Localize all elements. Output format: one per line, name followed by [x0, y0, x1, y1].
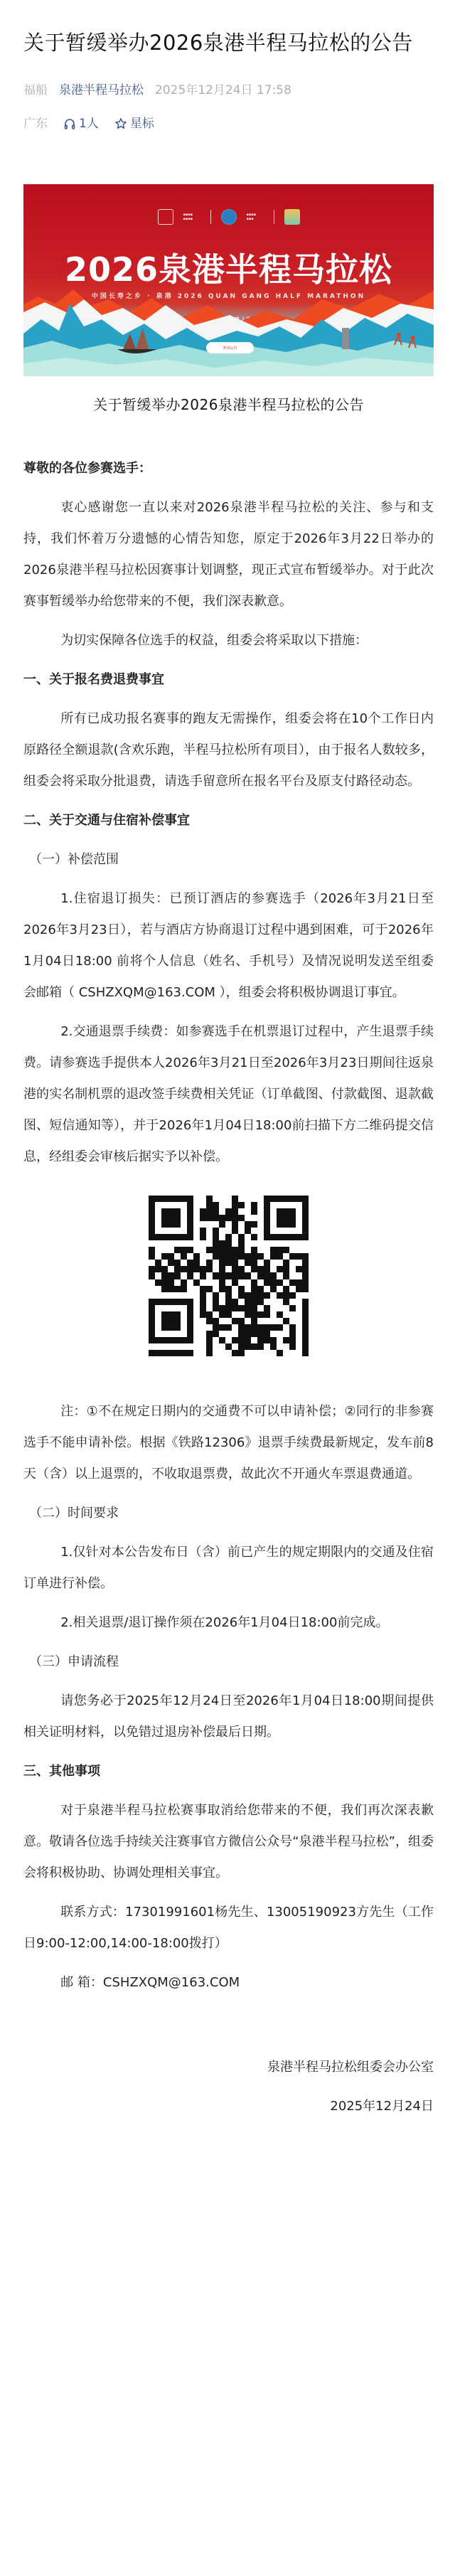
qr-module — [213, 1234, 219, 1240]
qr-module — [225, 1305, 232, 1311]
qr-module — [283, 1272, 289, 1279]
qr-module — [174, 1337, 181, 1343]
qr-module — [181, 1343, 187, 1350]
qr-module — [161, 1279, 168, 1286]
qr-module — [289, 1234, 296, 1240]
qr-module — [232, 1247, 238, 1253]
qr-module — [257, 1253, 264, 1260]
qr-module — [251, 1221, 257, 1228]
logo-caption: ▪▪▪▪ ▪▪▪▪ — [183, 213, 200, 221]
qr-module — [238, 1305, 245, 1311]
qr-module — [155, 1240, 161, 1247]
qr-module — [296, 1208, 302, 1215]
qr-module — [187, 1260, 193, 1266]
qr-module — [193, 1343, 200, 1350]
qr-module — [283, 1266, 289, 1272]
qr-module — [161, 1228, 168, 1234]
qr-module — [213, 1311, 219, 1318]
qr-module — [264, 1292, 270, 1299]
qr-module — [251, 1240, 257, 1247]
qr-module — [206, 1272, 213, 1279]
qr-module — [270, 1324, 277, 1331]
qr-module — [232, 1324, 238, 1331]
qr-module — [174, 1208, 181, 1215]
qr-module — [283, 1350, 289, 1356]
qr-module — [219, 1247, 225, 1253]
star-button[interactable]: 星标 — [114, 115, 154, 132]
qr-module — [200, 1279, 206, 1286]
qr-code-image[interactable] — [149, 1196, 309, 1356]
qr-module — [161, 1215, 168, 1221]
qr-module — [283, 1299, 289, 1305]
qr-module — [200, 1260, 206, 1266]
qr-module — [251, 1324, 257, 1331]
qr-module — [302, 1228, 309, 1234]
note-paragraph: 注：①不在规定日期内的交通费不可以申请补偿；②同行的非参赛选手不能申请补偿。根据… — [23, 1396, 434, 1490]
qr-module — [245, 1337, 251, 1343]
qr-module — [187, 1202, 193, 1208]
qr-module — [213, 1228, 219, 1234]
qr-module — [302, 1350, 309, 1356]
qr-module — [302, 1286, 309, 1292]
qr-module — [219, 1337, 225, 1343]
qr-module — [257, 1260, 264, 1266]
qr-module — [245, 1247, 251, 1253]
qr-module — [245, 1208, 251, 1215]
qr-module — [283, 1196, 289, 1202]
qr-module — [296, 1350, 302, 1356]
qr-module — [257, 1337, 264, 1343]
qr-module — [149, 1215, 155, 1221]
qr-module — [225, 1202, 232, 1208]
qr-module — [174, 1318, 181, 1324]
qr-module — [193, 1260, 200, 1266]
qr-module — [270, 1215, 277, 1221]
qr-module — [238, 1350, 245, 1356]
qr-module — [161, 1286, 168, 1292]
qr-module — [206, 1292, 213, 1299]
qr-module — [245, 1343, 251, 1350]
qr-module — [200, 1311, 206, 1318]
qr-module — [161, 1299, 168, 1305]
qr-module — [206, 1234, 213, 1240]
qr-module — [174, 1272, 181, 1279]
qr-module — [174, 1221, 181, 1228]
qr-module — [264, 1299, 270, 1305]
qr-module — [302, 1343, 309, 1350]
qr-module — [168, 1228, 174, 1234]
qr-module — [200, 1221, 206, 1228]
qr-module — [193, 1202, 200, 1208]
qr-module — [225, 1279, 232, 1286]
meta-row-source: 福船 泉港半程马拉松 2025年12月24日 17:58 — [23, 73, 434, 107]
paragraph-intro: 衷心感谢您一直以来对2026泉港半程马拉松的关注、参与和支持，我们怀着万分遗憾的… — [23, 492, 434, 617]
qr-module — [200, 1272, 206, 1279]
qr-module — [245, 1311, 251, 1318]
qr-module — [238, 1247, 245, 1253]
qr-module — [238, 1266, 245, 1272]
qr-module — [213, 1318, 219, 1324]
salutation: 尊敬的各位参赛选手： — [23, 453, 434, 484]
qr-module — [155, 1260, 161, 1266]
qr-module — [155, 1272, 161, 1279]
qr-module — [181, 1318, 187, 1324]
qr-module — [193, 1234, 200, 1240]
qr-module — [277, 1272, 283, 1279]
qr-module — [296, 1272, 302, 1279]
qr-module — [193, 1337, 200, 1343]
qr-module — [187, 1305, 193, 1311]
qr-module — [219, 1343, 225, 1350]
qr-module — [283, 1311, 289, 1318]
qr-module — [264, 1266, 270, 1272]
qr-module — [238, 1253, 245, 1260]
qr-module — [149, 1318, 155, 1324]
qr-module — [187, 1253, 193, 1260]
qr-module — [264, 1221, 270, 1228]
qr-module — [168, 1234, 174, 1240]
qr-module — [251, 1260, 257, 1266]
qr-module — [174, 1215, 181, 1221]
qr-module — [302, 1318, 309, 1324]
qr-module — [206, 1266, 213, 1272]
qr-module — [264, 1202, 270, 1208]
qr-module — [264, 1350, 270, 1356]
account-name-link[interactable]: 泉港半程马拉松 — [59, 82, 144, 99]
qr-module — [232, 1286, 238, 1292]
qr-module — [206, 1299, 213, 1305]
qr-module — [200, 1240, 206, 1247]
qr-module — [149, 1331, 155, 1337]
paragraph-measures: 为切实保障各位选手的权益，组委会将采取以下措施： — [23, 625, 434, 656]
qr-module — [296, 1324, 302, 1331]
qr-module — [277, 1337, 283, 1343]
qr-module — [257, 1318, 264, 1324]
qr-module — [283, 1337, 289, 1343]
qr-module — [264, 1337, 270, 1343]
qr-module — [264, 1196, 270, 1202]
subsection-3-body: 请您务必于2025年12月24日至2026年1月04日18:00期间提供相关证明… — [23, 1686, 434, 1748]
star-label: 星标 — [130, 115, 154, 132]
qr-module — [270, 1311, 277, 1318]
qr-module — [155, 1311, 161, 1318]
qr-module — [213, 1266, 219, 1272]
qr-module — [225, 1234, 232, 1240]
qr-module — [270, 1305, 277, 1311]
qr-module — [238, 1202, 245, 1208]
qr-module — [245, 1324, 251, 1331]
qr-module — [277, 1343, 283, 1350]
qr-module — [232, 1208, 238, 1215]
qr-module — [270, 1260, 277, 1266]
qr-module — [264, 1331, 270, 1337]
qr-module — [270, 1337, 277, 1343]
qr-module — [283, 1202, 289, 1208]
qr-module — [161, 1292, 168, 1299]
qr-module — [193, 1318, 200, 1324]
qr-module — [219, 1228, 225, 1234]
qr-module — [213, 1299, 219, 1305]
listen-button[interactable]: 1人 — [63, 115, 99, 132]
qr-module — [168, 1221, 174, 1228]
qr-module — [181, 1221, 187, 1228]
qr-module — [277, 1292, 283, 1299]
qr-module — [155, 1228, 161, 1234]
qr-module — [245, 1272, 251, 1279]
qr-module — [181, 1247, 187, 1253]
qr-module — [289, 1279, 296, 1286]
qr-module — [187, 1324, 193, 1331]
qr-module — [225, 1324, 232, 1331]
qr-module — [251, 1299, 257, 1305]
subsection-1-item-2: 2.交通退票手续费：如参赛选手在机票退订过程中，产生退票手续费。请参赛选手提供本… — [23, 1016, 434, 1173]
qr-module — [181, 1299, 187, 1305]
qr-module — [187, 1240, 193, 1247]
qr-module — [270, 1234, 277, 1240]
qr-module — [149, 1247, 155, 1253]
qr-module — [193, 1292, 200, 1299]
qr-module — [193, 1228, 200, 1234]
subsection-2-title: （二）时间要求 — [23, 1498, 434, 1529]
signature-date: 2025年12月24日 — [23, 2091, 434, 2122]
source-label: 福船 — [23, 82, 48, 99]
qr-module — [181, 1196, 187, 1202]
qr-module — [200, 1350, 206, 1356]
qr-module — [270, 1286, 277, 1292]
qr-module — [302, 1292, 309, 1299]
quangang-logo-icon — [221, 209, 237, 225]
qr-module — [257, 1299, 264, 1305]
qr-module — [238, 1331, 245, 1337]
qr-module — [149, 1234, 155, 1240]
qr-module — [149, 1240, 155, 1247]
qr-module — [206, 1228, 213, 1234]
qr-module — [238, 1260, 245, 1266]
qr-module — [225, 1240, 232, 1247]
qr-module — [155, 1299, 161, 1305]
qr-module — [283, 1247, 289, 1253]
qr-module — [219, 1208, 225, 1215]
qr-module — [277, 1196, 283, 1202]
qr-module — [270, 1208, 277, 1215]
qr-module — [193, 1299, 200, 1305]
qr-module — [181, 1337, 187, 1343]
qr-module — [232, 1292, 238, 1299]
qr-module — [302, 1337, 309, 1343]
qr-module — [187, 1247, 193, 1253]
qr-module — [174, 1266, 181, 1272]
qr-module — [283, 1331, 289, 1337]
qr-module — [296, 1299, 302, 1305]
qr-module — [277, 1279, 283, 1286]
qr-module — [225, 1247, 232, 1253]
qr-module — [270, 1221, 277, 1228]
qr-module — [302, 1279, 309, 1286]
qr-module — [155, 1202, 161, 1208]
qr-module — [257, 1208, 264, 1215]
qr-module — [187, 1299, 193, 1305]
qr-module — [200, 1234, 206, 1240]
qr-module — [174, 1350, 181, 1356]
qr-module — [302, 1324, 309, 1331]
qr-module — [289, 1272, 296, 1279]
qr-module — [245, 1305, 251, 1311]
qr-module — [174, 1343, 181, 1350]
qr-module — [161, 1266, 168, 1272]
qr-module — [168, 1324, 174, 1331]
qr-module — [302, 1305, 309, 1311]
qr-module — [245, 1221, 251, 1228]
article-title: 关于暂缓举办2026泉港半程马拉松的公告 — [23, 0, 434, 63]
qr-module — [277, 1299, 283, 1305]
qr-module — [270, 1292, 277, 1299]
qr-module — [238, 1318, 245, 1324]
tower-logo-icon — [284, 209, 300, 225]
qr-module — [232, 1266, 238, 1272]
qr-module — [283, 1318, 289, 1324]
qr-module — [257, 1311, 264, 1318]
qr-module — [264, 1240, 270, 1247]
qr-module — [213, 1260, 219, 1266]
qr-module — [161, 1343, 168, 1350]
qr-module — [213, 1202, 219, 1208]
qr-module — [200, 1202, 206, 1208]
qr-module — [213, 1240, 219, 1247]
qr-module — [200, 1292, 206, 1299]
qr-module — [296, 1240, 302, 1247]
qr-module — [168, 1240, 174, 1247]
qr-module — [225, 1292, 232, 1299]
qr-module — [245, 1331, 251, 1337]
qr-module — [296, 1215, 302, 1221]
qr-module — [193, 1305, 200, 1311]
qr-module — [193, 1324, 200, 1331]
qr-module — [181, 1350, 187, 1356]
qr-module — [296, 1228, 302, 1234]
qr-module — [206, 1324, 213, 1331]
qr-module — [232, 1234, 238, 1240]
qr-module — [251, 1286, 257, 1292]
qr-module — [200, 1343, 206, 1350]
qr-module — [174, 1324, 181, 1331]
qr-module — [168, 1337, 174, 1343]
qr-module — [149, 1299, 155, 1305]
qr-module — [213, 1331, 219, 1337]
headphones-icon — [63, 117, 76, 130]
qr-module — [155, 1305, 161, 1311]
qr-module — [302, 1215, 309, 1221]
qr-module — [289, 1221, 296, 1228]
qr-module — [200, 1253, 206, 1260]
qr-module — [193, 1247, 200, 1253]
qr-module — [161, 1202, 168, 1208]
qr-module — [193, 1331, 200, 1337]
qr-module — [174, 1260, 181, 1266]
qr-module — [187, 1196, 193, 1202]
qr-module — [296, 1234, 302, 1240]
qr-module — [219, 1324, 225, 1331]
qr-module — [193, 1266, 200, 1272]
qr-module — [277, 1324, 283, 1331]
qr-module — [264, 1324, 270, 1331]
qr-module — [168, 1331, 174, 1337]
qr-module — [206, 1343, 213, 1350]
qr-module — [174, 1196, 181, 1202]
qr-module — [264, 1253, 270, 1260]
qr-module — [251, 1331, 257, 1337]
qr-module — [155, 1350, 161, 1356]
qr-module — [225, 1350, 232, 1356]
qr-module — [264, 1305, 270, 1311]
qr-module — [296, 1331, 302, 1337]
qr-module — [283, 1343, 289, 1350]
qr-module — [245, 1234, 251, 1240]
qr-module — [225, 1215, 232, 1221]
qr-module — [302, 1202, 309, 1208]
qr-module — [187, 1215, 193, 1221]
qr-module — [232, 1221, 238, 1228]
qr-module — [213, 1337, 219, 1343]
section-1-body: 所有已成功报名赛事的跑友无需操作，组委会将在10个工作日内原路径全额退款(含欢乐… — [23, 703, 434, 797]
qr-module — [296, 1292, 302, 1299]
qr-module — [296, 1343, 302, 1350]
qr-module — [219, 1253, 225, 1260]
qr-module — [187, 1221, 193, 1228]
qr-module — [168, 1343, 174, 1350]
qr-module — [245, 1292, 251, 1299]
qr-module — [200, 1324, 206, 1331]
qr-module — [187, 1266, 193, 1272]
qr-module — [264, 1208, 270, 1215]
qr-module — [219, 1318, 225, 1324]
publish-time: 2025年12月24日 17:58 — [155, 82, 291, 99]
qr-module — [155, 1318, 161, 1324]
qr-module — [302, 1208, 309, 1215]
qr-module — [225, 1221, 232, 1228]
qr-module — [283, 1253, 289, 1260]
qr-module — [277, 1253, 283, 1260]
qr-module — [219, 1331, 225, 1337]
qr-module — [225, 1272, 232, 1279]
qr-module — [206, 1247, 213, 1253]
qr-module — [181, 1253, 187, 1260]
qr-module — [193, 1350, 200, 1356]
qr-module — [238, 1311, 245, 1318]
qr-module — [200, 1299, 206, 1305]
qr-module — [245, 1253, 251, 1260]
qr-module — [225, 1343, 232, 1350]
qr-code-container — [23, 1196, 434, 1356]
qr-module — [149, 1324, 155, 1331]
qr-module — [206, 1260, 213, 1266]
qr-module — [181, 1324, 187, 1331]
qr-module — [213, 1286, 219, 1292]
qr-module — [219, 1215, 225, 1221]
qr-module — [270, 1343, 277, 1350]
qr-module — [206, 1240, 213, 1247]
logo-divider — [274, 210, 274, 224]
qr-module — [181, 1260, 187, 1266]
qr-module — [302, 1221, 309, 1228]
qr-module — [257, 1343, 264, 1350]
qr-module — [181, 1266, 187, 1272]
qr-module — [213, 1350, 219, 1356]
qr-module — [161, 1221, 168, 1228]
qr-module — [181, 1234, 187, 1240]
qr-module — [181, 1240, 187, 1247]
qr-module — [225, 1331, 232, 1337]
qr-module — [277, 1311, 283, 1318]
